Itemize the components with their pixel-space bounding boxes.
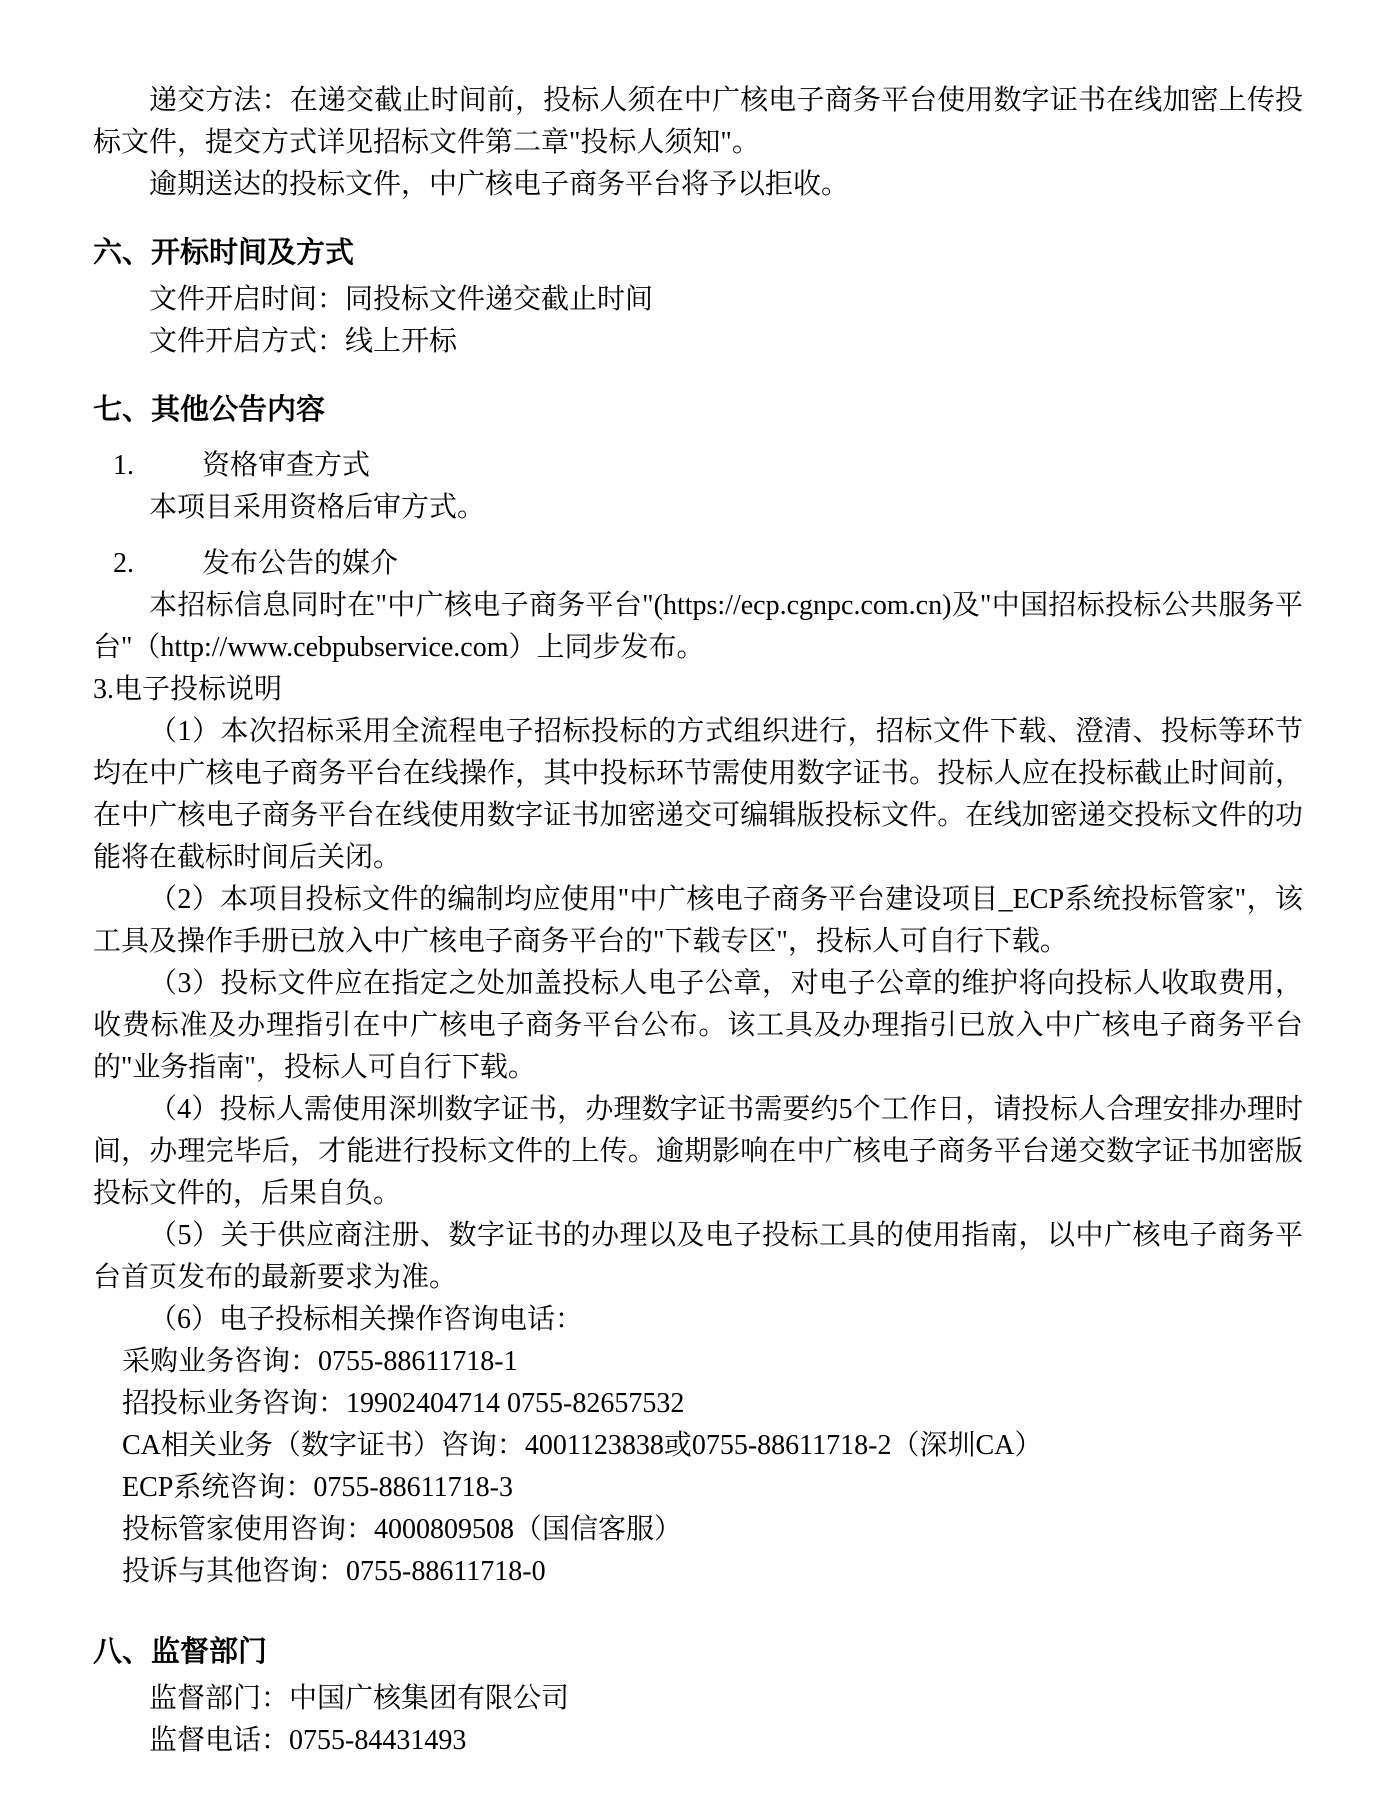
list-item-title: 资格审查方式 (202, 450, 370, 481)
overdue-rejection-paragraph: 逾期送达的投标文件，中广核电子商务平台将予以拒收。 (93, 164, 1303, 206)
list-item-number: 2. (113, 543, 202, 585)
e-bidding-note-paragraph: （5）关于供应商注册、数字证书的办理以及电子投标工具的使用指南，以中广核电子商务… (93, 1215, 1303, 1299)
supervision-phone-line: 监督电话：0755-84431493 (93, 1720, 1303, 1762)
list-item-number: 1. (113, 445, 202, 487)
file-open-time-line: 文件开启时间：同投标文件递交截止时间 (93, 279, 1303, 321)
section-heading-other-notice: 七、其他公告内容 (93, 389, 1303, 431)
e-bidding-note-paragraph: （4）投标人需使用深圳数字证书，办理数字证书需要约5个工作日，请投标人合理安排办… (93, 1089, 1303, 1215)
e-bidding-note-paragraph: （6）电子投标相关操作咨询电话： (93, 1299, 1303, 1341)
e-bidding-notes-title: 3.电子投标说明 (93, 669, 1303, 711)
phone-line-bidding: 招投标业务咨询：19902404714 0755-82657532 (122, 1383, 1303, 1425)
qualification-review-body: 本项目采用资格后审方式。 (93, 487, 1303, 529)
list-item-title: 发布公告的媒介 (202, 548, 398, 579)
phone-line-bid-manager: 投标管家使用咨询：4000809508（国信客服） (122, 1509, 1303, 1551)
file-open-method-line: 文件开启方式：线上开标 (93, 321, 1303, 363)
tender-notice-page: 递交方法：在递交截止时间前，投标人须在中广核电子商务平台使用数字证书在线加密上传… (0, 0, 1400, 1807)
phone-line-complaints: 投诉与其他咨询：0755-88611718-0 (122, 1551, 1303, 1593)
e-bidding-note-paragraph: （2）本项目投标文件的编制均应使用"中广核电子商务平台建设项目_ECP系统投标管… (93, 879, 1303, 963)
supervision-department-line: 监督部门：中国广核集团有限公司 (93, 1678, 1303, 1720)
phone-line-ca: CA相关业务（数字证书）咨询：4001123838或0755-88611718-… (122, 1425, 1303, 1467)
section-heading-supervision: 八、监督部门 (93, 1631, 1303, 1673)
announcement-media-body: 本招标信息同时在"中广核电子商务平台"(https://ecp.cgnpc.co… (93, 585, 1303, 669)
e-bidding-note-paragraph: （1）本次招标采用全流程电子招标投标的方式组织进行，招标文件下载、澄清、投标等环… (93, 711, 1303, 879)
list-item-announcement-media: 2.发布公告的媒介 (113, 543, 1303, 585)
phone-line-ecp: ECP系统咨询：0755-88611718-3 (122, 1467, 1303, 1509)
e-bidding-note-paragraph: （3）投标文件应在指定之处加盖投标人电子公章，对电子公章的维护将向投标人收取费用… (93, 963, 1303, 1089)
phone-line-procurement: 采购业务咨询：0755-88611718-1 (122, 1341, 1303, 1383)
section-heading-bid-opening: 六、开标时间及方式 (93, 232, 1303, 274)
list-item-qualification-review: 1.资格审查方式 (113, 445, 1303, 487)
submission-method-paragraph: 递交方法：在递交截止时间前，投标人须在中广核电子商务平台使用数字证书在线加密上传… (93, 80, 1303, 164)
